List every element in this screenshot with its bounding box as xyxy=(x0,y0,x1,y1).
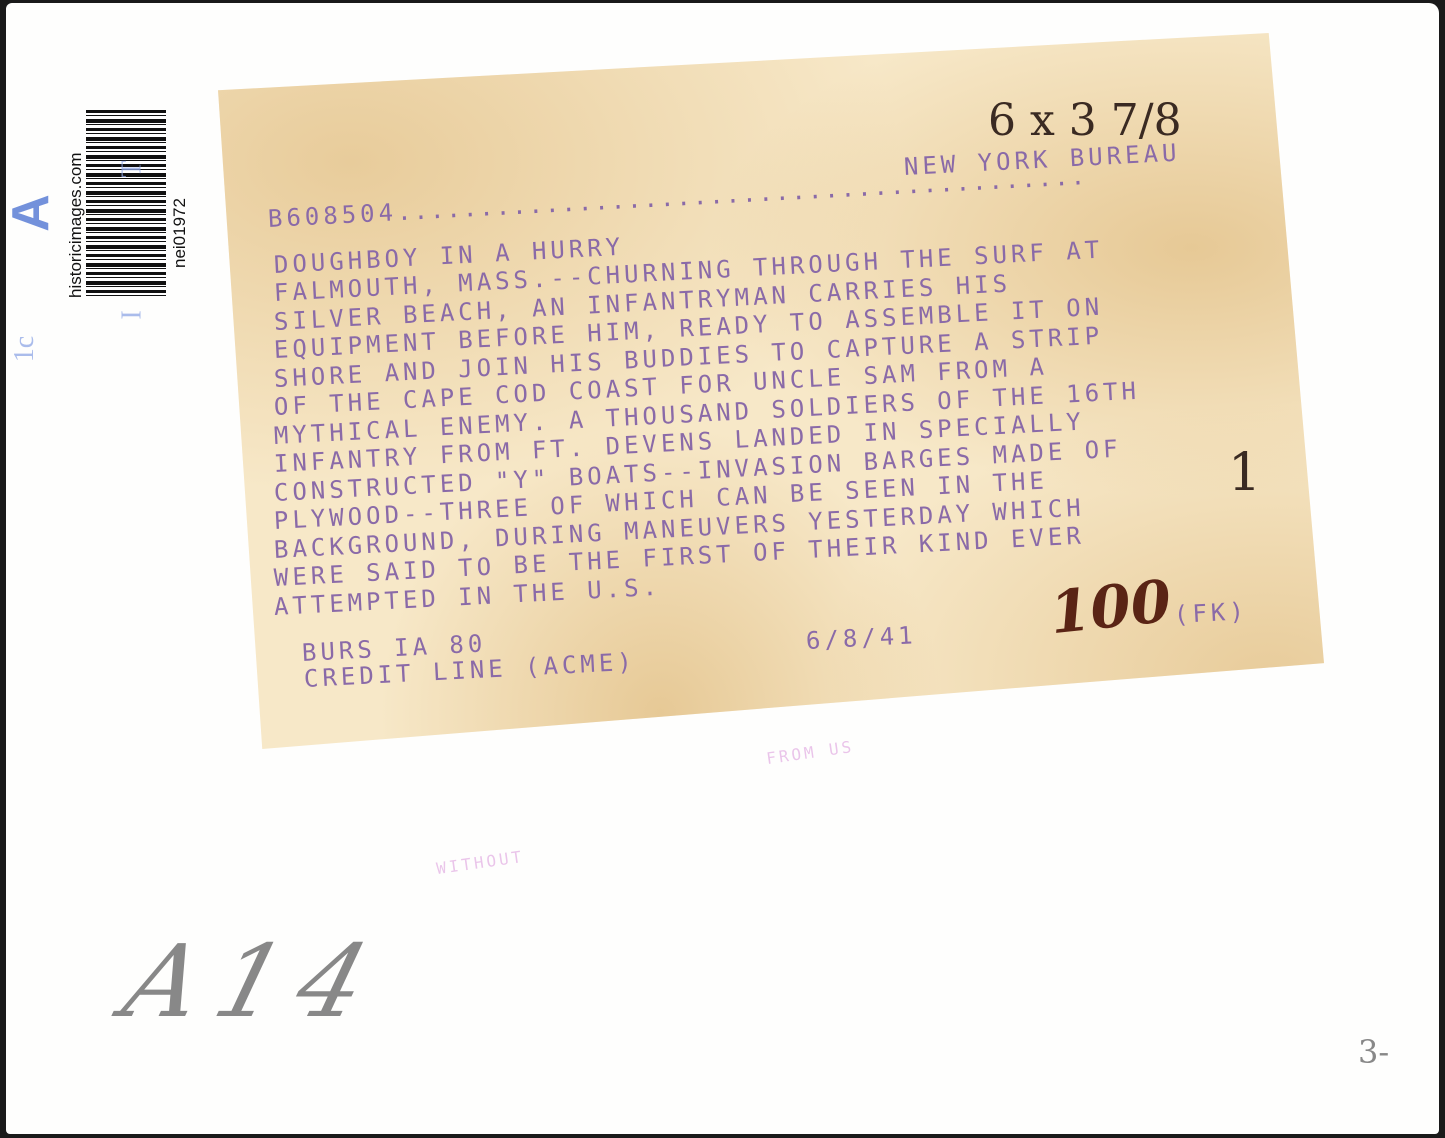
initials: (FK) xyxy=(1173,597,1248,629)
faint-stamp-line: FROM US xyxy=(765,737,855,768)
pencil-corner-note: 3- xyxy=(1358,1033,1389,1071)
price-note: 100 xyxy=(1047,567,1175,647)
blue-mark: T xyxy=(117,160,149,177)
pencil-code: A14 xyxy=(101,923,409,1040)
barcode xyxy=(86,110,166,296)
photo-back: historicimages.com nei01972 A T I 1c 6 x… xyxy=(6,3,1439,1134)
faint-stamp-line: WITHOUT xyxy=(435,847,525,878)
date: 6/8/41 xyxy=(805,621,917,655)
barcode-label: historicimages.com nei01972 xyxy=(56,108,126,298)
blue-mark: 1c xyxy=(9,336,41,362)
margin-mark: 1 xyxy=(1228,443,1261,503)
website-text: historicimages.com xyxy=(66,108,88,298)
blue-mark: I xyxy=(117,310,149,319)
item-code: nei01972 xyxy=(170,78,192,268)
size-note: 6 x 3 7/8 xyxy=(988,95,1182,146)
blue-stamp-letter: A xyxy=(1,194,61,232)
